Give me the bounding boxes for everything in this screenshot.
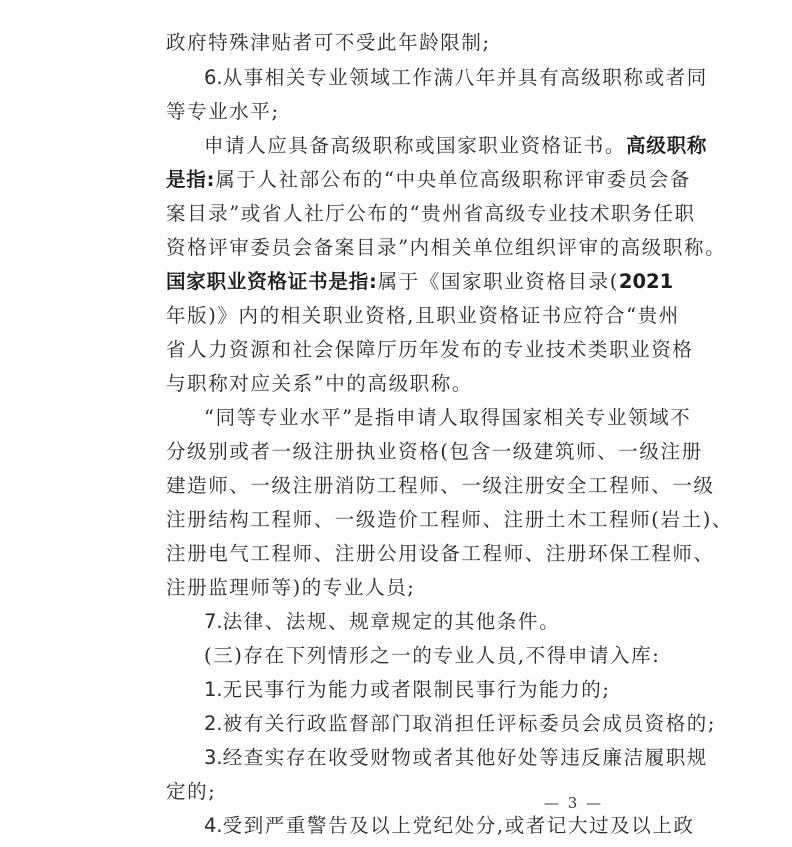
line-text: 资格评审委员会备案目录”内相关单位组织评审的高级职称。	[166, 236, 726, 259]
line-text: 属于《国家职业资格目录(	[378, 270, 619, 293]
list-item-1: 1.无民事行为能力或者限制民事行为能力的;	[204, 675, 674, 705]
list-number: 4.	[204, 814, 223, 837]
text-line: 政府特殊津贴者可不受此年龄限制;	[166, 28, 636, 58]
line-text: 案目录”或省人社厅公布的“贵州省高级专业技术职务任职	[166, 202, 696, 225]
text-line: 定的;	[166, 745, 636, 775]
text-line: 与职称对应关系”中的高级职称。	[166, 369, 636, 399]
line-text: 注册结构工程师、一级造价工程师、注册土木工程师(岩土)、	[166, 508, 733, 531]
text-line: 省人力资源和社会保障厅历年发布的专业技术类职业资格	[166, 335, 636, 365]
section-heading: (三)存在下列情形之一的专业人员,不得申请入库:	[204, 641, 674, 671]
text-line: 等专业水平;	[166, 97, 636, 127]
line-text: 注册监理师等)的专业人员;	[166, 576, 415, 599]
text-line: 注册电气工程师、注册公用设备工程师、注册环保工程师、	[166, 539, 636, 569]
line-text: 省人力资源和社会保障厅历年发布的专业技术类职业资格	[166, 338, 694, 361]
list-item-2: 2.被有关行政监督部门取消担任评标委员会成员资格的;	[204, 709, 674, 739]
year-number: 2021	[619, 270, 673, 293]
text-line: 国家职业资格证书是指:属于《国家职业资格目录(2021	[166, 267, 636, 297]
document-page: 政府特殊津贴者可不受此年龄限制; 6.从事相关专业领域工作满八年并具有高级职称或…	[0, 0, 792, 847]
list-item-7: 7.法律、法规、规章规定的其他条件。	[204, 607, 674, 637]
line-text: (三)存在下列情形之一的专业人员,不得申请入库:	[204, 644, 660, 667]
line-text: 定的;	[166, 780, 216, 803]
list-item-4: 4.受到严重警告及以上党纪处分,或者记大过及以上政	[204, 811, 674, 841]
text-line: 是指:属于人社部公布的“中央单位高级职称评审委员会备	[166, 165, 636, 195]
line-text: 从事相关专业领域工作满八年并具有高级职称或者同	[223, 66, 708, 89]
line-text: 法律、法规、规章规定的其他条件。	[223, 610, 561, 633]
line-text: 建造师、一级注册消防工程师、一级注册安全工程师、一级	[166, 474, 715, 497]
line-text: 被有关行政监督部门取消担任评标委员会成员资格的;	[223, 712, 716, 735]
line-text: 等专业水平;	[166, 100, 280, 123]
list-number: 2.	[204, 712, 223, 735]
line-text: 属于人社部公布的“中央单位高级职称评审委员会备	[215, 168, 691, 191]
paragraph-start: “同等专业水平”是指申请人取得国家相关专业领域不	[204, 403, 674, 433]
line-text: “同等专业水平”是指申请人取得国家相关专业领域不	[204, 406, 691, 429]
list-item-6: 6.从事相关专业领域工作满八年并具有高级职称或者同	[204, 63, 674, 93]
line-text: 年版)》内的相关职业资格,且职业资格证书应符合“贵州	[166, 304, 680, 327]
bold-term: 国家职业资格证书是指:	[166, 270, 378, 293]
line-text: 与职称对应关系”中的高级职称。	[166, 372, 473, 395]
text-line: 年版)》内的相关职业资格,且职业资格证书应符合“贵州	[166, 301, 636, 331]
text-line: 资格评审委员会备案目录”内相关单位组织评审的高级职称。	[166, 233, 636, 263]
line-text: 政府特殊津贴者可不受此年龄限制;	[166, 31, 491, 54]
line-text: 申请人应具备高级职称或国家职业资格证书。	[204, 134, 626, 157]
line-text: 无民事行为能力或者限制民事行为能力的;	[223, 678, 611, 701]
bold-term: 高级职称	[626, 134, 707, 157]
text-line: 分级别或者一级注册执业资格(包含一级建筑师、一级注册	[166, 437, 636, 467]
text-line: 建造师、一级注册消防工程师、一级注册安全工程师、一级	[166, 471, 636, 501]
page-number: — 3 —	[544, 794, 603, 812]
list-number: 1.	[204, 678, 223, 701]
line-text: 受到严重警告及以上党纪处分,或者记大过及以上政	[223, 814, 695, 837]
text-line: 案目录”或省人社厅公布的“贵州省高级专业技术职务任职	[166, 199, 636, 229]
list-number: 7.	[204, 610, 223, 633]
list-number: 6.	[204, 66, 223, 89]
text-line: 注册监理师等)的专业人员;	[166, 573, 636, 603]
paragraph-start: 申请人应具备高级职称或国家职业资格证书。高级职称	[204, 131, 674, 161]
bold-term: 是指:	[166, 168, 215, 191]
text-line: 注册结构工程师、一级造价工程师、注册土木工程师(岩土)、	[166, 505, 636, 535]
line-text: 分级别或者一级注册执业资格(包含一级建筑师、一级注册	[166, 440, 703, 463]
line-text: 注册电气工程师、注册公用设备工程师、注册环保工程师、	[166, 542, 715, 565]
